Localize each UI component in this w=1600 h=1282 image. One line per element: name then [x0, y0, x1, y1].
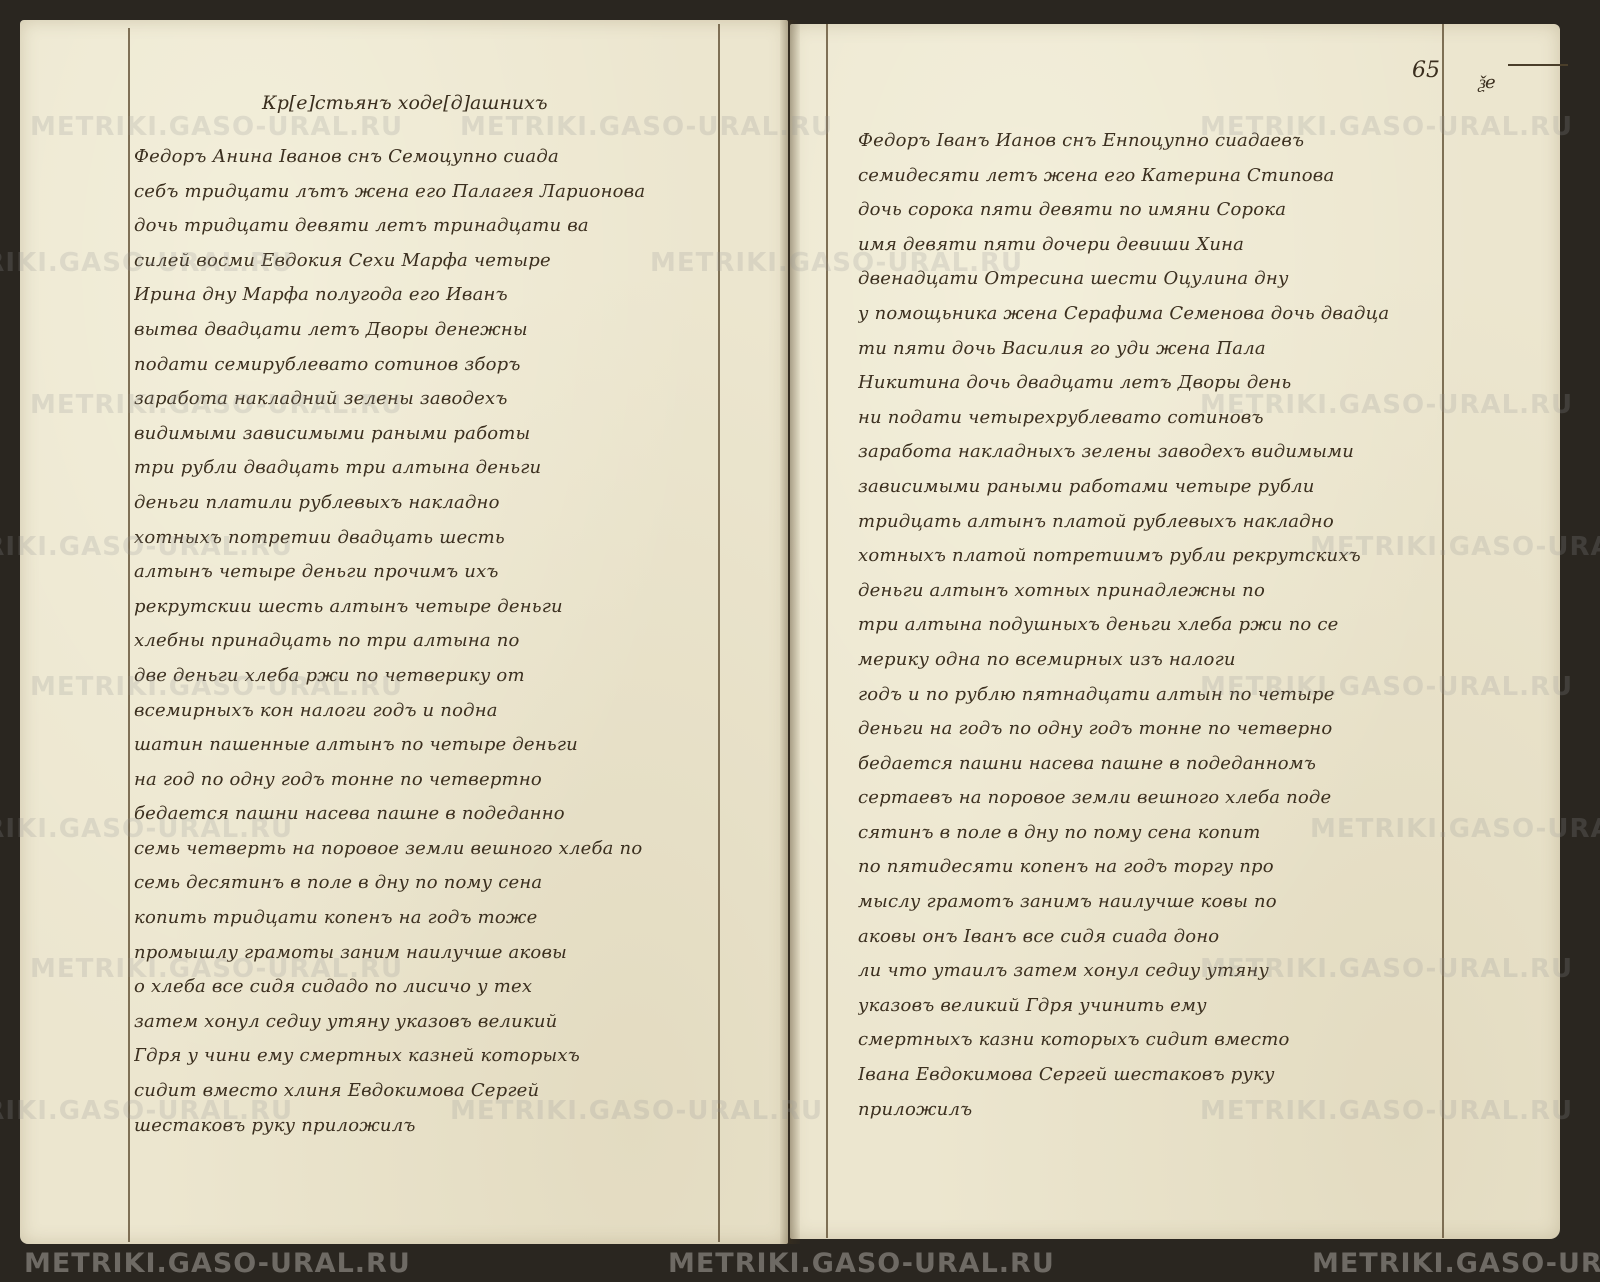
text-line: зависимыми раными работами четыре рубли — [858, 470, 1438, 505]
text-line: Івана Евдокимова Сергей шестаковъ руку — [858, 1058, 1438, 1093]
text-line: затем хонул седиу утяну указовъ великий — [134, 1005, 714, 1040]
book-spine — [780, 20, 800, 1244]
watermark: METRIKI.GASO-URAL.RU — [450, 1096, 823, 1126]
watermark: METRIKI.GASO-URAL.RU — [30, 390, 403, 420]
text-line: семь десятинъ в поле в дну по пому сена — [134, 866, 714, 901]
text-line: бедается пашни насева пашне в подеданном… — [858, 747, 1438, 782]
text-line: дочь сорока пяти девяти по имяни Сорока — [858, 193, 1438, 228]
watermark: METRIKI.GASO-URAL.RU — [650, 248, 1023, 278]
text-line: шатин пашенные алтынъ по четыре деньги — [134, 728, 714, 763]
watermark: METRIKI.GASO-URAL.RU — [1200, 1096, 1573, 1126]
text-line: у помощьника жена Серафима Семенова дочь… — [858, 297, 1438, 332]
text-line: на год по одну годъ тонне по четвертно — [134, 763, 714, 798]
text-line: деньги на годъ по одну годъ тонне по чет… — [858, 712, 1438, 747]
text-line: деньги алтынъ хотных принадлежны по — [858, 574, 1438, 609]
text-line: Ирина дну Марфа полугода его Иванъ — [134, 278, 714, 313]
text-line: заработа накладныхъ зелены заводехъ види… — [858, 435, 1438, 470]
watermark: METRIKI.GASO-URAL.RU — [0, 814, 293, 844]
text-line: видимыми зависимыми раными работы — [134, 417, 714, 452]
watermark-bottom: METRIKI.GASO-URAL.RU — [668, 1248, 1055, 1279]
text-line: три алтына подушныхъ деньги хлеба ржи по… — [858, 608, 1438, 643]
watermark: METRIKI.GASO-URAL.RU — [30, 672, 403, 702]
text-line: Федоръ Анина Іванов снъ Семоцупно сиада — [134, 140, 714, 175]
watermark: METRIKI.GASO-URAL.RU — [1200, 112, 1573, 142]
text-line: себъ тридцати лътъ жена его Палагея Лари… — [134, 175, 714, 210]
folio-cyrillic-numeral: ѯе — [1478, 72, 1496, 93]
watermark-bottom: METRIKI.GASO-URAL.RU — [1312, 1248, 1600, 1279]
text-line: подати семирублевато сотинов зборъ — [134, 348, 714, 383]
text-line: аковы онъ Іванъ все сидя сиада доно — [858, 920, 1438, 955]
folio-number: 65 — [1412, 58, 1440, 83]
watermark-bottom: METRIKI.GASO-URAL.RU — [24, 1248, 411, 1279]
text-line: мыслу грамотъ занимъ наилучше ковы по — [858, 885, 1438, 920]
watermark: METRIKI.GASO-URAL.RU — [1200, 390, 1573, 420]
text-line: смертныхъ казни которыхъ сидит вместо — [858, 1023, 1438, 1058]
manuscript-spread: Кр[е]стьянъ ходе[д]ашнихъ 65 ѯе Федоръ А… — [0, 0, 1600, 1282]
text-line: ти пяти дочь Василия го уди жена Пала — [858, 332, 1438, 367]
left-margin-rule — [128, 28, 130, 1242]
text-line: дочь тридцати девяти летъ тринадцати ва — [134, 209, 714, 244]
left-page-right-margin-rule — [718, 24, 720, 1242]
text-line: деньги платили рублевыхъ накладно — [134, 486, 714, 521]
watermark: METRIKI.GASO-URAL.RU — [30, 112, 403, 142]
left-page-text: Федоръ Анина Іванов снъ Семоцупно сиада … — [134, 140, 714, 1143]
right-margin-rule — [1442, 24, 1444, 1238]
watermark: METRIKI.GASO-URAL.RU — [1310, 814, 1600, 844]
text-line: хлебны принадцать по три алтына по — [134, 624, 714, 659]
text-line: Гдря у чини ему смертных казней которыхъ — [134, 1039, 714, 1074]
right-page-left-margin-rule — [826, 24, 828, 1238]
text-line: по пятидесяти копенъ на годъ торгу про — [858, 850, 1438, 885]
watermark: METRIKI.GASO-URAL.RU — [1310, 532, 1600, 562]
watermark: METRIKI.GASO-URAL.RU — [0, 248, 293, 278]
text-line: сертаевъ на поровое земли вешного хлеба … — [858, 781, 1438, 816]
watermark: METRIKI.GASO-URAL.RU — [0, 532, 293, 562]
text-line: семидесяти летъ жена его Катерина Стипов… — [858, 159, 1438, 194]
text-line: указовъ великий Гдря учинить ему — [858, 989, 1438, 1024]
text-line: вытва двадцати летъ Дворы денежны — [134, 313, 714, 348]
watermark: METRIKI.GASO-URAL.RU — [1200, 954, 1573, 984]
watermark: METRIKI.GASO-URAL.RU — [460, 112, 833, 142]
watermark: METRIKI.GASO-URAL.RU — [0, 1096, 293, 1126]
watermark: METRIKI.GASO-URAL.RU — [30, 954, 403, 984]
text-line: три рубли двадцать три алтына деньги — [134, 451, 714, 486]
text-line: копить тридцати копенъ на годъ тоже — [134, 901, 714, 936]
watermark: METRIKI.GASO-URAL.RU — [1200, 672, 1573, 702]
left-page-header: Кр[е]стьянъ ходе[д]ашнихъ — [262, 92, 548, 114]
text-line: рекрутскии шесть алтынъ четыре деньги — [134, 590, 714, 625]
folio-titlo-line — [1508, 64, 1568, 66]
